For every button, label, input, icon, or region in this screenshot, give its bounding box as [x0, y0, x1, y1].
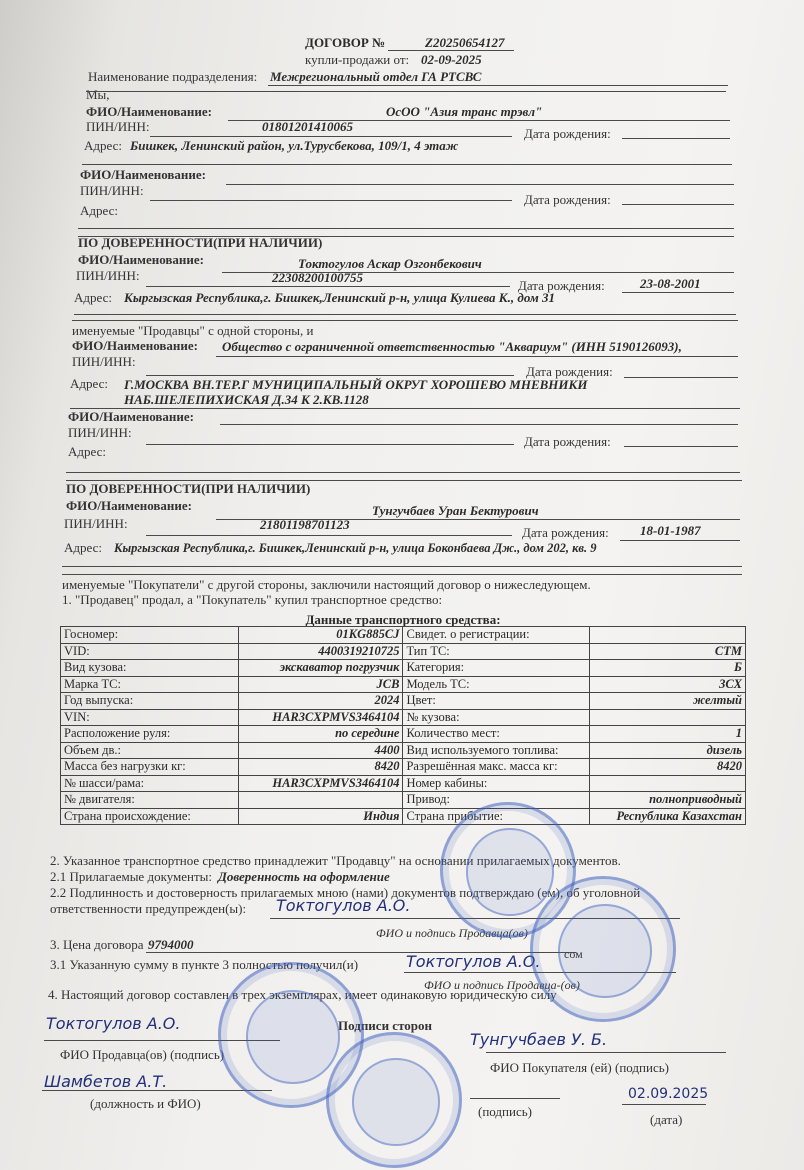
vehicle-field-label: Категория:: [403, 660, 590, 677]
buyer1-pin-label: ПИН/ИНН:: [72, 354, 136, 370]
vehicle-field-label: Разрешённая макс. масса кг:: [403, 759, 590, 776]
vehicle-field-value: [590, 709, 746, 726]
vehicle-field-value: 1: [590, 726, 746, 743]
vehicle-field-value: экскаватор погрузчик: [239, 660, 403, 677]
vehicle-field-value: дизель: [590, 742, 746, 759]
buyer-proxy-fio: Тунгучбаев Уран Бектурович: [372, 503, 539, 519]
vehicle-field-label: Вид используемого топлива:: [403, 742, 590, 759]
vehicle-field-value: 4400: [239, 742, 403, 759]
vehicle-field-label: Марка ТС:: [61, 676, 239, 693]
vehicle-field-label: Номер кабины:: [403, 775, 590, 792]
seller-signature-1: Токтогулов А.О.: [276, 896, 410, 915]
vehicle-table-row: Масса без нагрузки кг:8420Разрешённая ма…: [61, 759, 746, 776]
vehicle-table-row: VIN:HAR3CXPMVS3464104№ кузова:: [61, 709, 746, 726]
vehicle-field-value: 4400319210725: [239, 643, 403, 660]
vehicle-field-label: Масса без нагрузки кг:: [61, 759, 239, 776]
vehicle-field-value: [590, 627, 746, 644]
vehicle-field-value: Б: [590, 660, 746, 677]
contract-subtitle: купли-продажи от:: [305, 52, 409, 68]
vehicle-field-label: Страна происхождение:: [61, 808, 239, 825]
vehicle-table-row: Госномер:01KG885CJСвидет. о регистрации:: [61, 627, 746, 644]
seller-signature-final: Токтогулов А.О.: [46, 1014, 180, 1033]
clause-2-1-value: Доверенность на оформление: [218, 869, 390, 885]
seller-caption: ФИО Продавца(ов) (подпись): [60, 1047, 224, 1063]
seller-proxy-heading: ПО ДОВЕРЕННОСТИ(ПРИ НАЛИЧИИ): [78, 235, 322, 251]
contract-price: 9794000: [148, 937, 194, 953]
sellers-clause: именуемые "Продавцы" с одной стороны, и: [72, 323, 313, 339]
position-caption: (должность и ФИО): [90, 1096, 201, 1112]
vehicle-table: Госномер:01KG885CJСвидет. о регистрации:…: [60, 626, 746, 825]
seller1-fio: ОсОО "Азия транс трэвл": [386, 104, 542, 120]
buyer2-birth-label: Дата рождения:: [524, 434, 611, 450]
vehicle-field-label: Год выпуска:: [61, 693, 239, 710]
buyer-proxy-address: Кыргызская Республика,г. Бишкек,Ленински…: [114, 541, 597, 556]
vehicle-table-row: Год выпуска:2024Цвет:желтый: [61, 693, 746, 710]
vehicle-field-value: СТМ: [590, 643, 746, 660]
contract-title: ДОГОВОР №: [305, 35, 385, 51]
contract-date: 02-09-2025: [421, 52, 482, 68]
buyer1-address-line1: Г.МОСКВА ВН.ТЕР.Г МУНИЦИПАЛЬНЫЙ ОКРУГ ХО…: [124, 377, 587, 393]
vehicle-field-value: полноприводный: [590, 792, 746, 809]
vehicle-table-row: № двигателя:Привод:полноприводный: [61, 792, 746, 809]
company-stamp-2: [530, 876, 676, 1022]
buyer-proxy-pin: 21801198701123: [260, 517, 350, 533]
clause-2-1-label: 2.1 Прилагаемые документы:: [50, 869, 212, 885]
buyer-proxy-birth: 18-01-1987: [640, 523, 701, 539]
buyers-clause: именуемые "Покупатели" с другой стороны,…: [62, 577, 591, 593]
seller-proxy-address-label: Адрес:: [74, 290, 112, 306]
vehicle-field-label: № кузова:: [403, 709, 590, 726]
vehicle-table-row: № шасси/рама:HAR3CXPMVS3464104Номер каби…: [61, 775, 746, 792]
clause-1: 1. "Продавец" продал, а "Покупатель" куп…: [62, 592, 442, 608]
vehicle-field-value: 8420: [239, 759, 403, 776]
vehicle-field-label: Объем дв.:: [61, 742, 239, 759]
vehicle-field-label: VID:: [61, 643, 239, 660]
vehicle-table-row: Марка ТС:JCBМодель ТС:3CX: [61, 676, 746, 693]
we-label: Мы,: [86, 87, 110, 103]
contract-number: Z20250654127: [425, 35, 504, 51]
vehicle-field-value: HAR3CXPMVS3464104: [239, 709, 403, 726]
registry-stamp: [326, 1032, 462, 1168]
department-value: Межрегиональный отдел ГА РТСВС: [270, 69, 481, 85]
seller1-birth-label: Дата рождения:: [524, 126, 611, 142]
seller1-address-label: Адрес:: [84, 138, 122, 154]
vehicle-field-value: 2024: [239, 693, 403, 710]
vehicle-table-row: Расположение руля:по серединеКоличество …: [61, 726, 746, 743]
vehicle-field-value: JCB: [239, 676, 403, 693]
seller2-birth-label: Дата рождения:: [524, 192, 611, 208]
buyer-proxy-birth-label: Дата рождения:: [522, 525, 609, 541]
vehicle-field-label: Вид кузова:: [61, 660, 239, 677]
vehicle-field-label: Цвет:: [403, 693, 590, 710]
vehicle-field-value: по середине: [239, 726, 403, 743]
vehicle-table-row: Объем дв.:4400Вид используемого топлива:…: [61, 742, 746, 759]
vehicle-table-row: Вид кузова:экскаватор погрузчикКатегория…: [61, 660, 746, 677]
buyer1-fio-label: ФИО/Наименование:: [72, 338, 198, 354]
vehicle-field-label: Тип ТС:: [403, 643, 590, 660]
seller1-address: Бишкек, Ленинский район, ул.Турусбекова,…: [130, 138, 458, 154]
seller-signature-2: Токтогулов А.О.: [406, 952, 540, 971]
clause-2-2-line2: ответственности предупрежден(ы):: [50, 901, 246, 917]
vehicle-field-label: VIN:: [61, 709, 239, 726]
buyer-proxy-address-label: Адрес:: [64, 540, 102, 556]
seller-proxy-address: Кыргызская Республика,г. Бишкек,Ленински…: [124, 290, 555, 306]
seller-proxy-fio-label: ФИО/Наименование:: [78, 252, 204, 268]
date-caption: (дата): [650, 1112, 682, 1128]
vehicle-field-label: Количество мест:: [403, 726, 590, 743]
seller-proxy-pin: 22308200100755: [272, 270, 363, 286]
vehicle-field-value: 01KG885CJ: [239, 627, 403, 644]
buyer-proxy-fio-label: ФИО/Наименование:: [66, 498, 192, 514]
buyer1-address-label: Адрес:: [70, 376, 108, 392]
seller1-fio-label: ФИО/Наименование:: [86, 104, 212, 120]
buyer1-address-line2: НАБ.ШЕЛЕПИХИСКАЯ Д.34 К 2.КВ.1128: [124, 392, 369, 408]
vehicle-field-label: Модель ТС:: [403, 676, 590, 693]
vehicle-field-value: Республика Казахстан: [590, 808, 746, 825]
buyer-proxy-heading: ПО ДОВЕРЕННОСТИ(ПРИ НАЛИЧИИ): [66, 481, 310, 497]
vehicle-field-label: № шасси/рама:: [61, 775, 239, 792]
department-label: Наименование подразделения:: [88, 69, 257, 85]
buyer-signature: Тунгучбаев У. Б.: [470, 1030, 607, 1049]
vehicle-field-label: Госномер:: [61, 627, 239, 644]
vehicle-field-value: [590, 775, 746, 792]
seller1-pin: 01801201410065: [262, 119, 353, 135]
seller2-address-label: Адрес:: [80, 203, 118, 219]
buyer2-address-label: Адрес:: [68, 444, 106, 460]
seller1-pin-label: ПИН/ИНН:: [86, 119, 150, 135]
vehicle-field-value: HAR3CXPMVS3464104: [239, 775, 403, 792]
vehicle-table-row: VID:4400319210725Тип ТС:СТМ: [61, 643, 746, 660]
seller2-pin-label: ПИН/ИНН:: [80, 183, 144, 199]
vehicle-field-value: 3CX: [590, 676, 746, 693]
vehicle-field-value: 8420: [590, 759, 746, 776]
vehicle-field-label: Свидет. о регистрации:: [403, 627, 590, 644]
contract-page: ДОГОВОР № Z20250654127 купли-продажи от:…: [0, 0, 804, 1170]
vehicle-field-value: желтый: [590, 693, 746, 710]
buyer-proxy-pin-label: ПИН/ИНН:: [64, 516, 128, 532]
vehicle-field-label: Расположение руля:: [61, 726, 239, 743]
buyer2-pin-label: ПИН/ИНН:: [68, 425, 132, 441]
seller-proxy-pin-label: ПИН/ИНН:: [76, 268, 140, 284]
seller2-fio-label: ФИО/Наименование:: [80, 167, 206, 183]
official-signature: Шамбетов А.Т.: [44, 1072, 167, 1091]
clause-3-label: 3. Цена договора: [50, 937, 144, 953]
sign-caption: (подпись): [478, 1104, 532, 1120]
buyer2-fio-label: ФИО/Наименование:: [68, 409, 194, 425]
buyer-caption: ФИО Покупателя (ей) (подпись): [490, 1060, 669, 1076]
vehicle-field-value: Индия: [239, 808, 403, 825]
handwritten-date: 02.09.2025: [628, 1086, 708, 1102]
vehicle-field-value: [239, 792, 403, 809]
vehicle-field-label: № двигателя:: [61, 792, 239, 809]
buyer1-fio: Общество с ограниченной ответственностью…: [222, 339, 682, 355]
seller-proxy-birth: 23-08-2001: [640, 276, 701, 292]
vehicle-table-row: Страна происхождение:ИндияСтрана прибыти…: [61, 808, 746, 825]
